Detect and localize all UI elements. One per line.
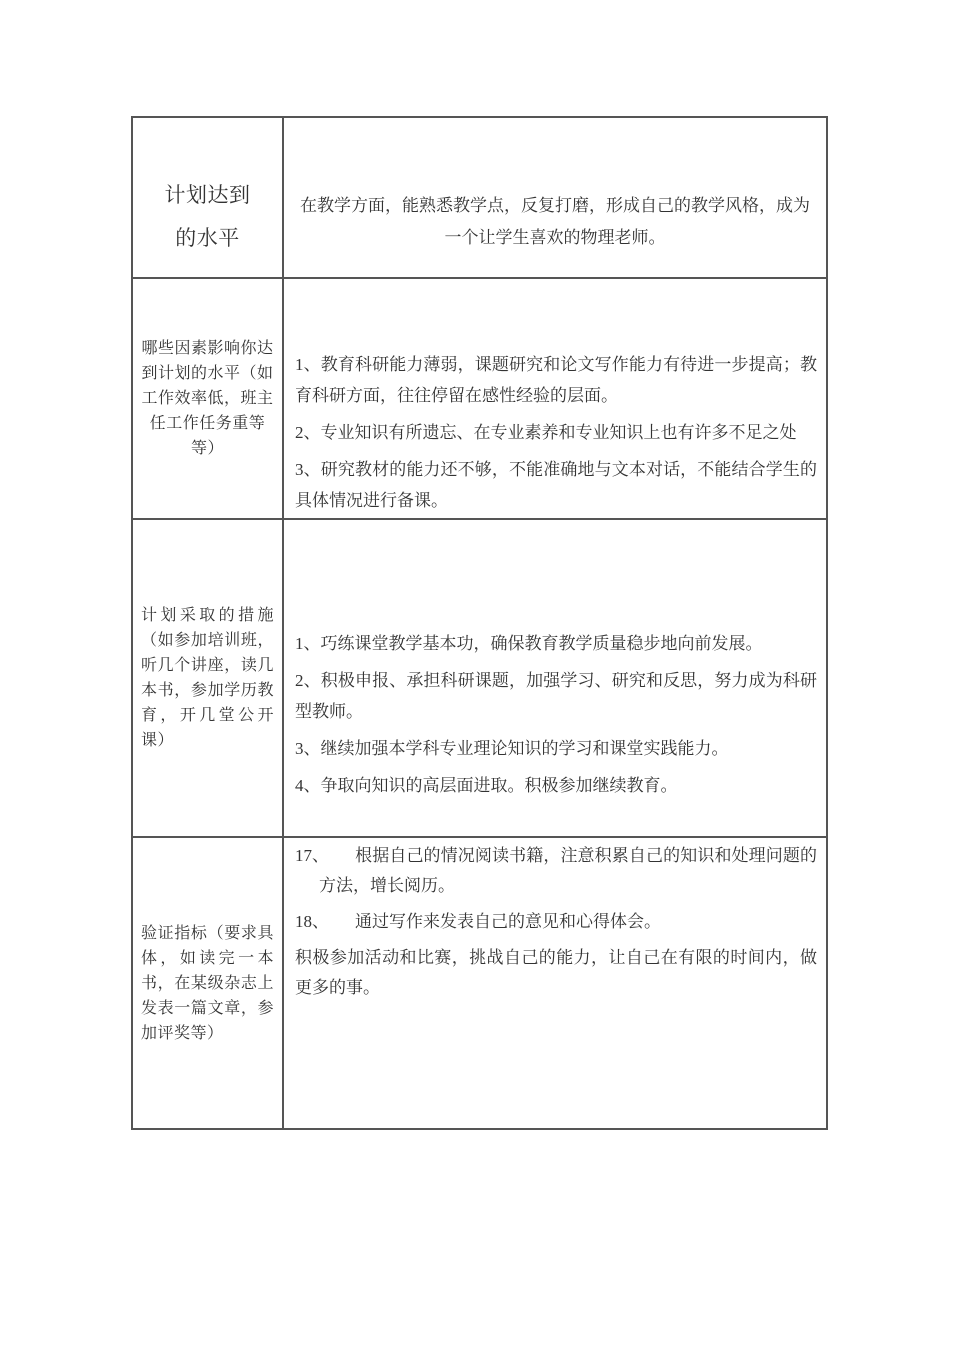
verification-indicators-body-cell: 17、根据自己的情况阅读书籍，注意积累自己的知识和处理问题的方法，增长阅历。 1… — [284, 838, 826, 1128]
verification-indicators-header: 验证指标（要求具体，如读完一本书，在某级杂志上发表一篇文章，参加评奖等） — [141, 921, 274, 1046]
measure-item-4: 4、争取向知识的高层面进取。积极参加继续教育。 — [295, 770, 817, 801]
indicator-item-17-text: 根据自己的情况阅读书籍，注意积累自己的知识和处理问题的方法，增长阅历。 — [319, 846, 817, 895]
plan-level-header-line-2: 的水平 — [141, 217, 274, 260]
planned-measures-header-cell: 计划采取的措施（如参加培训班，听几个讲座，读几本书，参加学历教育，开几堂公开课） — [133, 520, 284, 836]
plan-level-body-cell: 在教学方面，能熟悉教学点，反复打磨，形成自己的教学风格，成为一个让学生喜欢的物理… — [284, 118, 826, 277]
document-page: 计划达到 的水平 在教学方面，能熟悉教学点，反复打磨，形成自己的教学风格，成为一… — [0, 0, 960, 1357]
plan-level-paragraph: 在教学方面，能熟悉教学点，反复打磨，形成自己的教学风格，成为一个让学生喜欢的物理… — [298, 190, 812, 254]
indicator-item-18-text: 通过写作来发表自己的意见和心得体会。 — [355, 912, 661, 931]
indicator-item-18-number: 18、 — [295, 907, 355, 937]
indicator-item-17: 17、根据自己的情况阅读书籍，注意积累自己的知识和处理问题的方法，增长阅历。 — [295, 841, 817, 901]
factor-item-2: 2、专业知识有所遗忘、在专业素养和专业知识上也有许多不足之处 — [295, 417, 817, 448]
table-row-verification-indicators: 验证指标（要求具体，如读完一本书，在某级杂志上发表一篇文章，参加评奖等） 17、… — [133, 838, 826, 1128]
factor-item-1: 1、教育科研能力薄弱，课题研究和论文写作能力有待进一步提高；教育科研方面，往往停… — [295, 349, 817, 411]
table-row-planned-measures: 计划采取的措施（如参加培训班，听几个讲座，读几本书，参加学历教育，开几堂公开课）… — [133, 520, 826, 838]
measure-item-2: 2、积极申报、承担科研课题，加强学习、研究和反思，努力成为科研型教师。 — [295, 665, 817, 727]
influencing-factors-body-cell: 1、教育科研能力薄弱，课题研究和论文写作能力有待进一步提高；教育科研方面，往往停… — [284, 279, 826, 518]
indicator-item-18: 18、通过写作来发表自己的意见和心得体会。 — [295, 907, 817, 937]
influencing-factors-header-cell: 哪些因素影响你达到计划的水平（如工作效率低，班主任工作任务重等等） — [133, 279, 284, 518]
planned-measures-header: 计划采取的措施（如参加培训班，听几个讲座，读几本书，参加学历教育，开几堂公开课） — [141, 603, 274, 753]
factor-item-3: 3、研究教材的能力还不够，不能准确地与文本对话，不能结合学生的具体情况进行备课。 — [295, 454, 817, 516]
measure-item-1: 1、巧练课堂教学基本功，确保教育教学质量稳步地向前发展。 — [295, 628, 817, 659]
indicator-closing-paragraph: 积极参加活动和比赛，挑战自己的能力，让自己在有限的时间内，做更多的事。 — [295, 943, 817, 1003]
plan-table: 计划达到 的水平 在教学方面，能熟悉教学点，反复打磨，形成自己的教学风格，成为一… — [131, 116, 828, 1130]
plan-level-header-line-1: 计划达到 — [141, 174, 274, 217]
measure-item-3: 3、继续加强本学科专业理论知识的学习和课堂实践能力。 — [295, 733, 817, 764]
influencing-factors-header: 哪些因素影响你达到计划的水平（如工作效率低，班主任工作任务重等等） — [141, 336, 274, 461]
indicator-item-17-number: 17、 — [295, 841, 355, 871]
table-row-influencing-factors: 哪些因素影响你达到计划的水平（如工作效率低，班主任工作任务重等等） 1、教育科研… — [133, 279, 826, 520]
planned-measures-body-cell: 1、巧练课堂教学基本功，确保教育教学质量稳步地向前发展。 2、积极申报、承担科研… — [284, 520, 826, 836]
table-row-plan-level: 计划达到 的水平 在教学方面，能熟悉教学点，反复打磨，形成自己的教学风格，成为一… — [133, 118, 826, 279]
verification-indicators-header-cell: 验证指标（要求具体，如读完一本书，在某级杂志上发表一篇文章，参加评奖等） — [133, 838, 284, 1128]
plan-level-header-cell: 计划达到 的水平 — [133, 118, 284, 277]
